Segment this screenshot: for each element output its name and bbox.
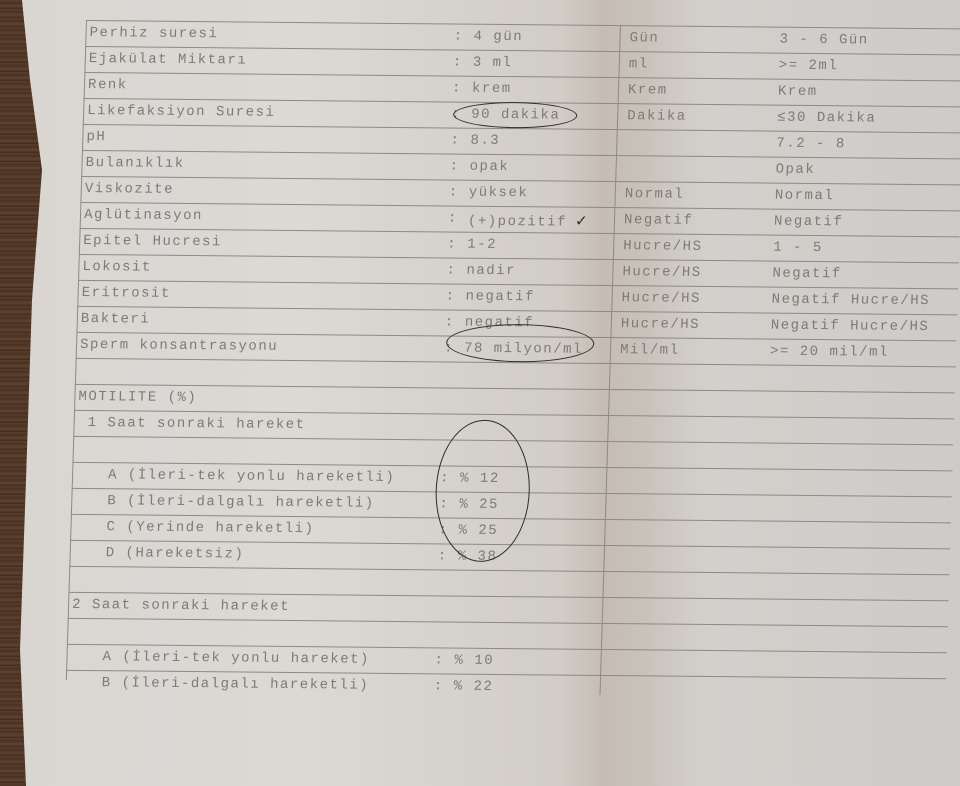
test-unit: Dakika (627, 108, 687, 125)
separator: : (434, 652, 444, 668)
motility-percent: % 25 (458, 523, 498, 539)
motility-percent: % 12 (460, 471, 500, 487)
test-name: Viskozite (85, 181, 175, 198)
separator: : (437, 548, 447, 564)
test-value: opak (469, 159, 509, 175)
test-value: (+)pozitif✓ (468, 211, 590, 231)
test-unit: ml (629, 56, 649, 72)
separator: : (452, 81, 462, 97)
test-name: Ejakülat Miktarı (89, 51, 248, 69)
reference-range: Negatif (772, 266, 842, 283)
separator: : (449, 158, 459, 174)
test-name: Bakteri (81, 311, 151, 328)
test-value: negatif (465, 315, 535, 332)
test-unit: Hucre/HS (623, 238, 703, 255)
test-name: Eritrosit (81, 285, 171, 302)
test-unit: Hucre/HS (622, 264, 702, 281)
reference-range: Opak (775, 162, 815, 178)
motility-percent: % 38 (457, 549, 497, 565)
test-name: Likefaksiyon Suresi (87, 103, 276, 121)
test-name: Renk (88, 77, 128, 93)
test-name: Epitel Hucresi (83, 233, 222, 250)
test-value: 90 dakika (471, 107, 561, 124)
test-value: 8.3 (470, 133, 500, 149)
separator: : (439, 496, 449, 512)
test-unit: Gün (629, 30, 659, 46)
reference-range: Negatif Hucre/HS (771, 292, 930, 310)
lab-report-table: Perhiz suresi:4 günGün3 - 6 GünEjakülat … (65, 20, 960, 704)
separator: : (444, 340, 454, 356)
test-unit: Mil/ml (620, 342, 680, 359)
test-value: krem (472, 81, 512, 97)
motility-grade: A (İleri-tek yonlu hareketli) (108, 467, 396, 486)
reference-range: 1 - 5 (773, 240, 823, 256)
test-unit: Hucre/HS (621, 290, 701, 307)
hour1-motility-items: A (İleri-tek yonlu hareketli):% 12B (İle… (69, 462, 952, 574)
motility-title: MOTILITE (%) (78, 389, 197, 406)
test-unit: Hucre/HS (621, 316, 701, 333)
test-name: Lokosit (82, 259, 152, 276)
separator: : (447, 236, 457, 252)
reference-range: Negatif Hucre/HS (771, 318, 930, 336)
motility-grade: B (İleri-dalgalı hareketli) (102, 675, 370, 694)
separator: : (446, 262, 456, 278)
motility-percent: % 25 (459, 497, 499, 513)
separator: : (451, 107, 461, 123)
test-name: Perhiz suresi (89, 25, 218, 42)
separator: : (438, 522, 448, 538)
test-value: yüksek (469, 185, 529, 202)
reference-range: >= 20 mil/ml (770, 344, 889, 361)
motility-grade: A (İleri-tek yonlu hareket) (102, 649, 370, 668)
hour2-motility-items: A (İleri-tek yonlu hareket):% 10B (İleri… (65, 644, 947, 704)
reference-range: 3 - 6 Gün (779, 32, 869, 49)
reference-range: Krem (778, 84, 818, 100)
reference-range: ≤30 Dakika (777, 110, 876, 127)
test-value: nadir (466, 263, 516, 279)
test-unit: Normal (625, 186, 685, 203)
test-unit: Negatif (624, 212, 694, 229)
reference-range: Negatif (774, 214, 844, 231)
separator: : (433, 678, 443, 694)
test-name: Sperm konsantrasyonu (80, 337, 279, 355)
test-name: Bulanıklık (85, 155, 184, 172)
test-value: 1-2 (467, 237, 497, 253)
separator: : (453, 55, 463, 71)
motility-grade: C (Yerinde hareketli) (106, 519, 314, 537)
test-value: 4 gün (473, 29, 523, 45)
separator: : (445, 314, 455, 330)
reference-range: >= 2ml (779, 58, 839, 75)
test-unit: Krem (628, 82, 668, 98)
test-value: 78 milyon/ml (464, 341, 583, 358)
hour1-title: 1 Saat sonraki hareket (87, 415, 305, 433)
test-value: negatif (465, 289, 535, 306)
separator: : (440, 470, 450, 486)
reference-range: 7.2 - 8 (776, 136, 846, 153)
separator: : (448, 210, 458, 226)
separator: : (453, 29, 463, 45)
hour2-title: 2 Saat sonraki hareket (72, 597, 290, 615)
separator: : (445, 288, 455, 304)
motility-percent: % 22 (453, 679, 493, 695)
test-name: pH (86, 129, 106, 145)
separator: : (450, 133, 460, 149)
test-name: Aglütinasyon (84, 207, 203, 224)
motility-percent: % 10 (454, 653, 494, 669)
test-value: 3 ml (473, 55, 513, 71)
motility-grade: D (Hareketsiz) (105, 545, 244, 562)
motility-grade: B (İleri-dalgalı hareketli) (107, 493, 375, 512)
reference-range: Normal (775, 188, 835, 205)
checkmark-icon: ✓ (575, 212, 590, 230)
separator: : (449, 184, 459, 200)
results-section: Perhiz suresi:4 günGün3 - 6 GünEjakülat … (76, 20, 960, 366)
